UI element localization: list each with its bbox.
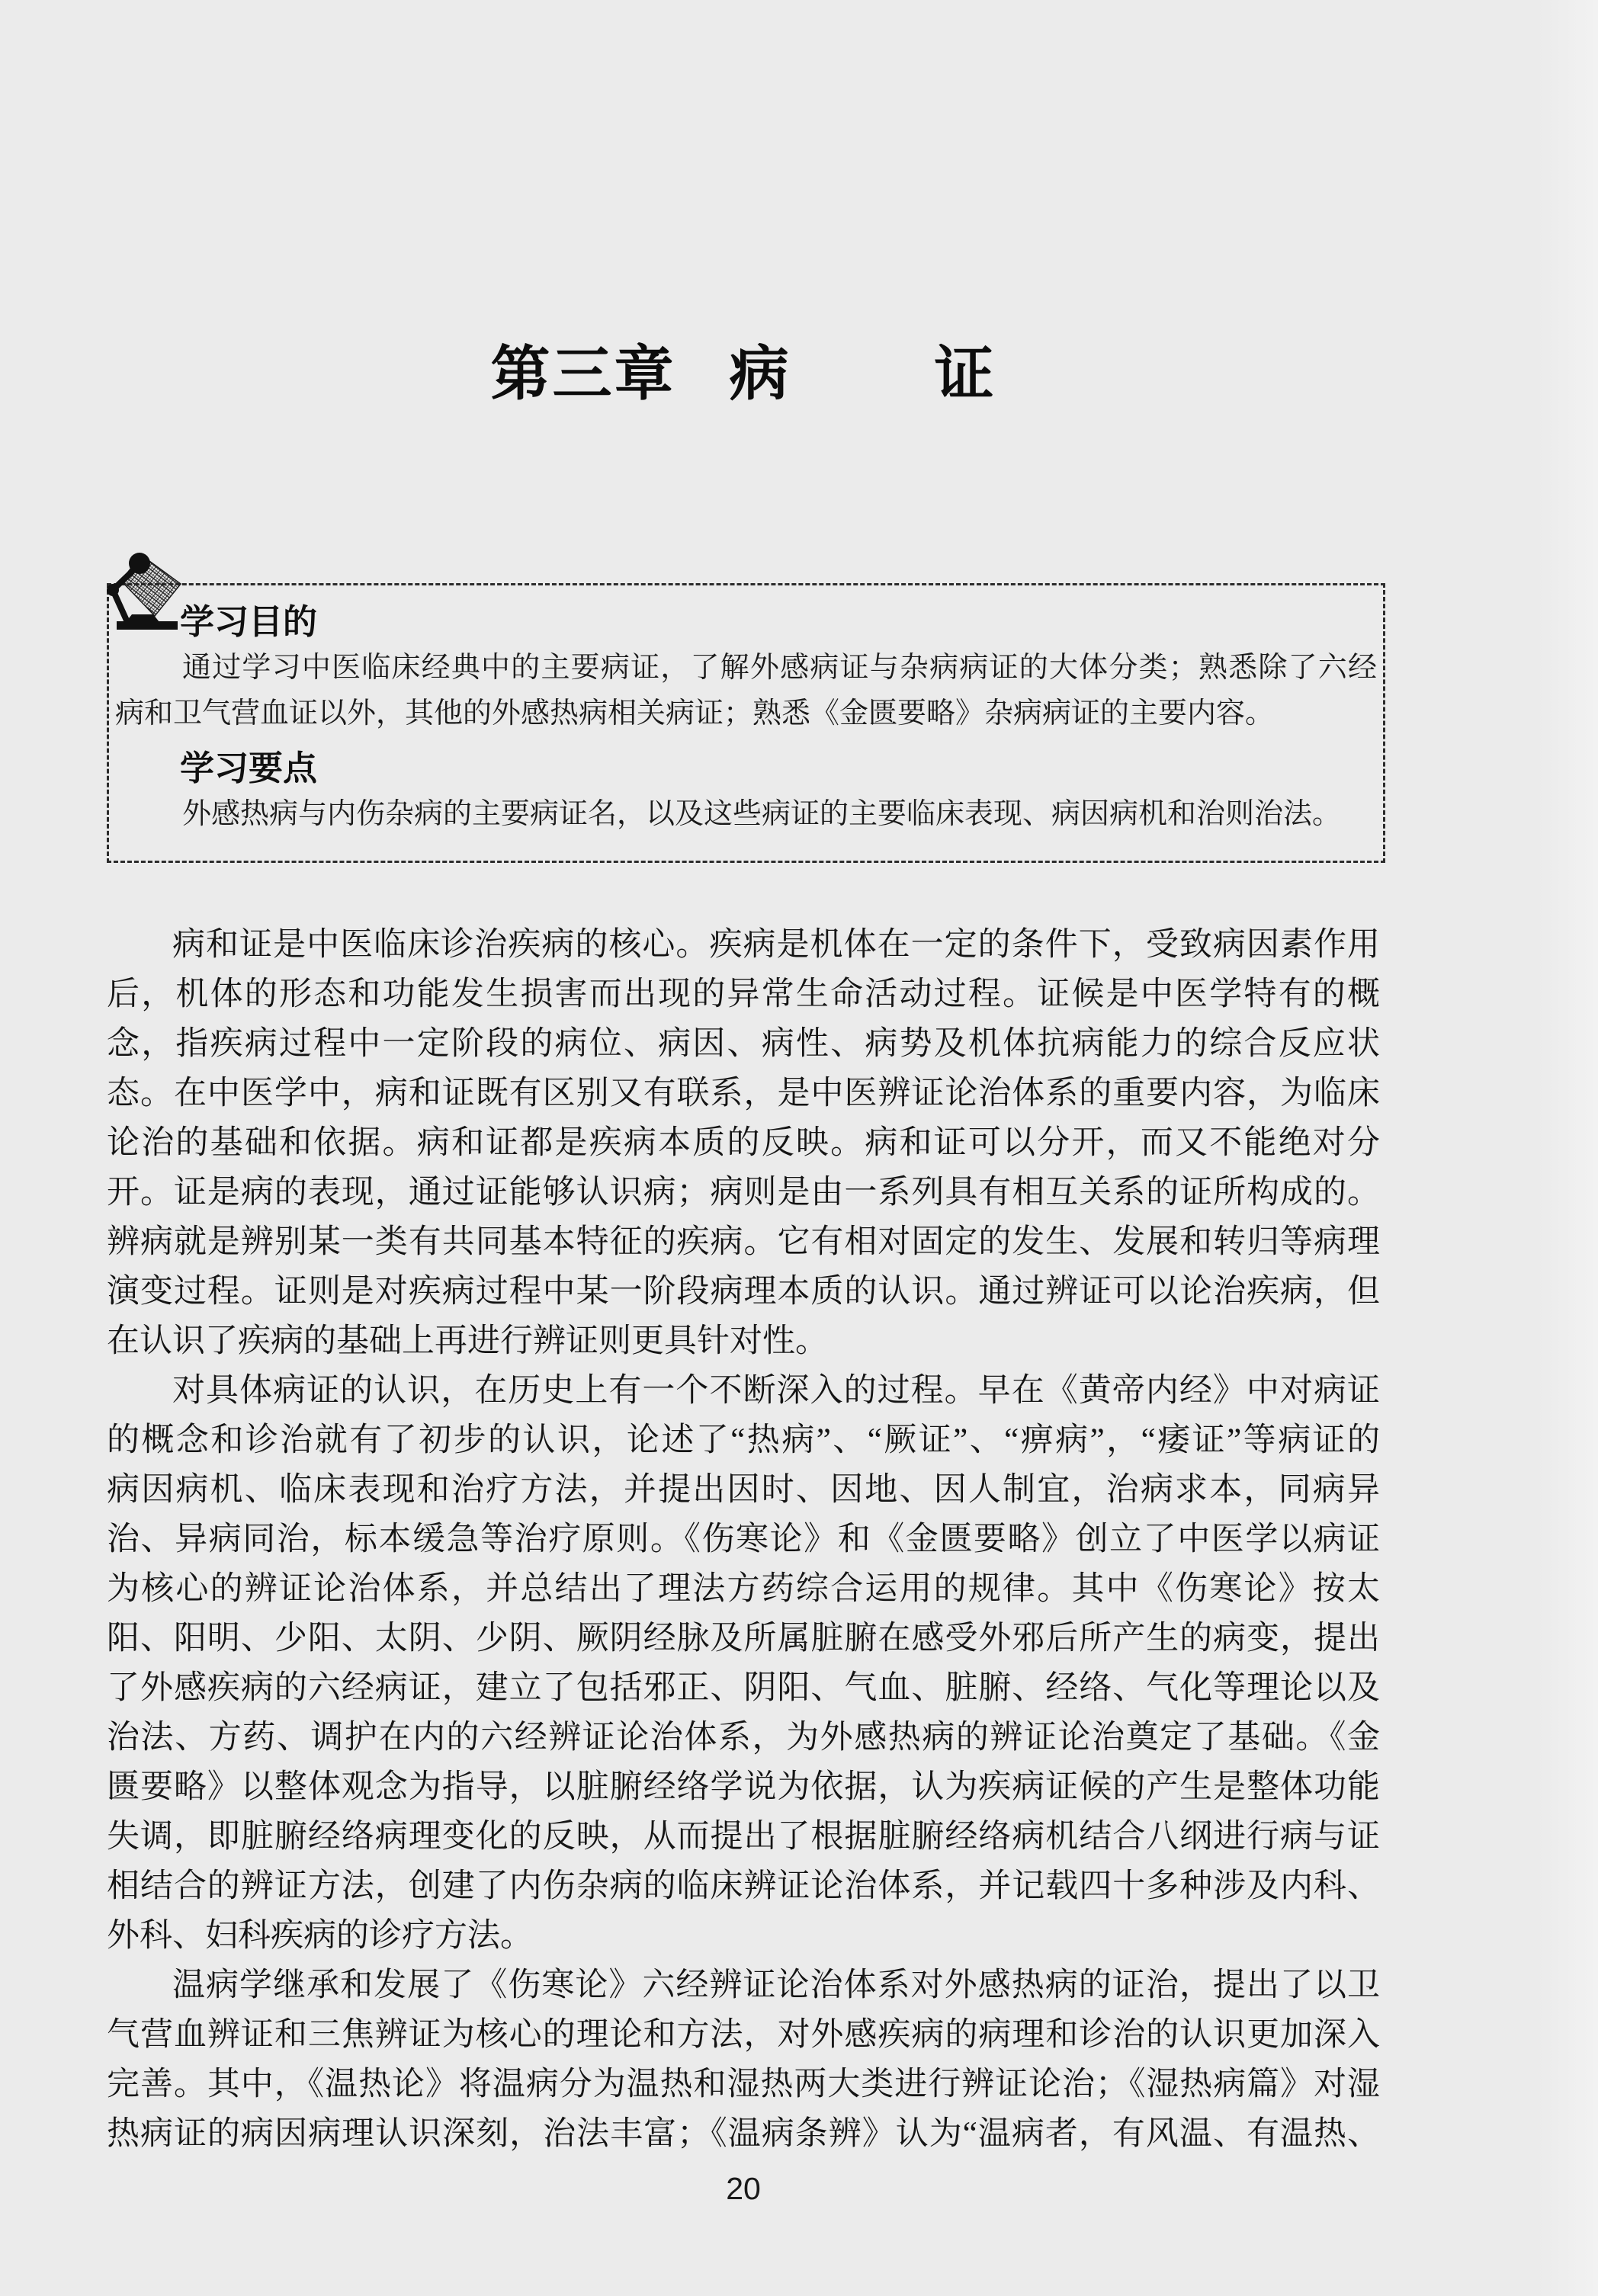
- chapter-title: 第三章病证: [107, 342, 1380, 407]
- chapter-number: 第三章: [490, 341, 675, 407]
- text-line: 的概念和诊治就有了初步的认识，论述了“热病”、“厥证”、“痹病”，“痿证”等病证…: [107, 1416, 1380, 1465]
- study-objectives-box: 学习目的 通过学习中医临床经典中的主要病证，了解外感病证与杂病病证的大体分类；熟…: [107, 583, 1385, 863]
- text-line: 外感热病与内伤杂病的主要病证名，以及这些病证的主要临床表现、病因病机和治则治法。: [115, 791, 1377, 837]
- text-line: 念，指疾病过程中一定阶段的病位、病因、病性、病势及机体抗病能力的综合反应状: [107, 1019, 1380, 1069]
- text-line: 阳、阳明、少阳、太阴、少阴、厥阴经脉及所属脏腑在感受外邪后所产生的病变，提出: [107, 1614, 1380, 1663]
- page-right-edge-shading: [1537, 0, 1598, 2296]
- scanned-textbook-page: { "title": { "part1": "第三章", "part2": "病…: [0, 0, 1598, 2296]
- text-line: 开。证是病的表现，通过证能够认识病；病则是由一系列具有相互关系的证所构成的。: [107, 1168, 1380, 1217]
- text-line: 论治的基础和依据。病和证都是疾病本质的反映。病和证可以分开，而又不能绝对分: [107, 1118, 1380, 1168]
- text-line: 气营血辨证和三焦辨证为核心的理论和方法，对外感疾病的病理和诊治的认识更加深入: [107, 2010, 1380, 2060]
- objectives-heading: 学习目的: [180, 602, 1375, 642]
- body-paragraph: 温病学继承和发展了《伤寒论》六经辨证论治体系对外感热病的证治，提出了以卫气营血辨…: [107, 1961, 1380, 2159]
- text-line: 通过学习中医临床经典中的主要病证，了解外感病证与杂病病证的大体分类；熟悉除了六经: [115, 645, 1377, 691]
- text-line: 温病学继承和发展了《伤寒论》六经辨证论治体系对外感热病的证治，提出了以卫: [107, 1961, 1380, 2010]
- text-line: 治、异病同治，标本缓急等治疗原则。《伤寒论》和《金匮要略》创立了中医学以病证: [107, 1515, 1380, 1564]
- body-paragraph: 对具体病证的认识，在历史上有一个不断深入的过程。早在《黄帝内经》中对病证的概念和…: [107, 1366, 1380, 1961]
- text-line: 外科、妇科疾病的诊疗方法。: [107, 1911, 1380, 1961]
- key-points-heading: 学习要点: [180, 749, 1375, 788]
- body-paragraph: 病和证是中医临床诊治疾病的核心。疾病是机体在一定的条件下，受致病因素作用后，机体…: [107, 920, 1380, 1366]
- text-line: 治法、方药、调护在内的六经辨证论治体系，为外感热病的辨证论治奠定了基础。《金: [107, 1713, 1380, 1762]
- text-line: 演变过程。证则是对疾病过程中某一阶段病理本质的认识。通过辨证可以论治疾病，但: [107, 1267, 1380, 1316]
- text-line: 完善。其中，《温热论》将温病分为温热和湿热两大类进行辨证论治；《湿热病篇》对湿: [107, 2060, 1380, 2109]
- text-line: 辨病就是辨别某一类有共同基本特征的疾病。它有相对固定的发生、发展和转归等病理: [107, 1217, 1380, 1267]
- page-number: 20: [107, 2171, 1380, 2207]
- text-line: 病和证是中医临床诊治疾病的核心。疾病是机体在一定的条件下，受致病因素作用: [107, 920, 1380, 970]
- text-line: 对具体病证的认识，在历史上有一个不断深入的过程。早在《黄帝内经》中对病证: [107, 1366, 1380, 1416]
- text-line: 热病证的病因病理认识深刻，治法丰富；《温病条辨》认为“温病者，有风温、有温热、: [107, 2109, 1380, 2159]
- text-line: 病和卫气营血证以外，其他的外感热病相关病证；熟悉《金匮要略》杂病病证的主要内容。: [115, 691, 1377, 736]
- text-line: 病因病机、临床表现和治疗方法，并提出因时、因地、因人制宜，治病求本，同病异: [107, 1465, 1380, 1515]
- key-points-text: 外感热病与内伤杂病的主要病证名，以及这些病证的主要临床表现、病因病机和治则治法。: [115, 791, 1377, 837]
- text-line: 相结合的辨证方法，创建了内伤杂病的临床辨证论治体系，并记载四十多种涉及内科、: [107, 1861, 1380, 1911]
- text-line: 在认识了疾病的基础上再进行辨证则更具针对性。: [107, 1316, 1380, 1366]
- chapter-word-bing: 病: [729, 341, 791, 407]
- objectives-text: 通过学习中医临床经典中的主要病证，了解外感病证与杂病病证的大体分类；熟悉除了六经…: [115, 645, 1377, 736]
- text-line: 失调，即脏腑经络病理变化的反映，从而提出了根据脏腑经络病机结合八纲进行病与证: [107, 1812, 1380, 1861]
- text-line: 后，机体的形态和功能发生损害而出现的异常生命活动过程。证候是中医学特有的概: [107, 970, 1380, 1019]
- text-line: 态。在中医学中，病和证既有区别又有联系，是中医辨证论治体系的重要内容，为临床: [107, 1069, 1380, 1118]
- text-line: 了外感疾病的六经病证，建立了包括邪正、阴阳、气血、脏腑、经络、气化等理论以及: [107, 1663, 1380, 1713]
- desk-lamp-icon: [104, 550, 188, 636]
- chapter-word-zheng: 证: [935, 341, 996, 407]
- text-line: 为核心的辨证论治体系，并总结出了理法方药综合运用的规律。其中《伤寒论》按太: [107, 1564, 1380, 1614]
- body-text: 病和证是中医临床诊治疾病的核心。疾病是机体在一定的条件下，受致病因素作用后，机体…: [107, 920, 1380, 2159]
- text-line: 匮要略》以整体观念为指导，以脏腑经络学说为依据，认为疾病证候的产生是整体功能: [107, 1762, 1380, 1812]
